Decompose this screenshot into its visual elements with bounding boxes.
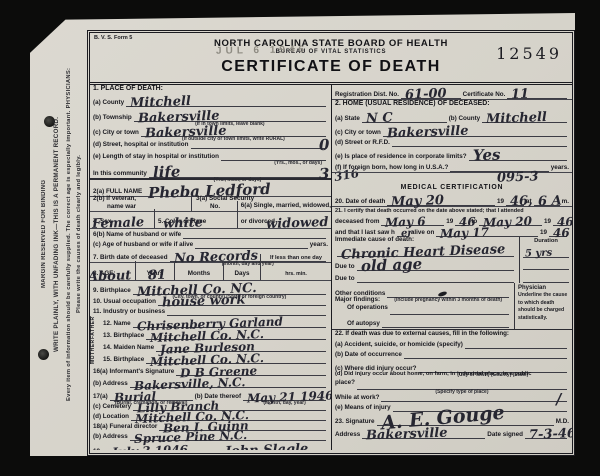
means-of-injury-label: (e) Means of injury (335, 404, 391, 412)
duration-line-1: 5 yrs (523, 245, 569, 258)
other-conditions-block: Other conditions (Include pregnancy with… (332, 283, 572, 329)
alive-on-label: alive on (411, 229, 434, 237)
registration-dist-label: Registration Dist. No. (335, 91, 399, 99)
mother-birthplace-label: 15. Birthplace (103, 356, 144, 364)
date-of-death-label: 20. Date of death (335, 198, 385, 206)
registrar-line: John SlagleRegistrar (219, 440, 324, 450)
physician-address-label: Address (335, 431, 360, 439)
mother-name-row: 14. Maiden Name Jane Burleson (100, 340, 331, 352)
place-of-death-heading-row: 1. PLACE OF DEATH: (90, 85, 331, 94)
serial-number: 12549 (496, 46, 562, 62)
age-less-sub: hrs. min. (285, 271, 307, 278)
certify-row: 21. I certify that death occurred on the… (332, 207, 572, 215)
due-to-1-row: Due to old age (332, 257, 519, 271)
registration-row: Registration Dist. No. 61-00 Certificate… (332, 85, 572, 100)
industry-row: 11. Industry or business (90, 306, 331, 316)
stay-row: (e) Length of stay in hospital or instit… (90, 149, 331, 161)
informant-row: 16(a) Informant's Signature D B Greene (90, 364, 331, 376)
physician-signature-row: 23. Signature A. E. Gouge M.D. (332, 412, 572, 426)
major-findings-label: Major findings: (335, 296, 511, 304)
residence-city-label: (c) City or town (335, 129, 381, 137)
informant-label: 16(a) Informant's Signature (93, 368, 174, 376)
autopsy-line (382, 317, 509, 328)
physician-signature-line: A. E. Gouge (377, 415, 554, 426)
age-months-label: Months (188, 270, 210, 278)
father-name-row: 12. Name Chrisenberry Garland (100, 316, 331, 328)
mother-name-line: Jane Burleson (156, 341, 326, 352)
industry-label: 11. Industry or business (93, 308, 165, 316)
printed-19-from: 19 (446, 218, 453, 226)
residence-county-line: Mitchell (482, 112, 567, 123)
printed-19-saw: 19 (540, 229, 547, 237)
form-number: B. V. S. Form 5 (94, 36, 132, 42)
due-to-2-row: Due to (332, 271, 519, 283)
father-birthplace-row: 13. Birthplace Mitchell Co. N.C. (100, 328, 331, 340)
m-label: m. (562, 198, 569, 206)
county-label: (a) County (93, 99, 124, 107)
cause-of-death-block: Immediate cause of death: Chronic Heart … (332, 237, 572, 283)
place-heading: 1. PLACE OF DEATH: (93, 85, 163, 94)
sex-cell: 4. Sex Female (90, 209, 154, 228)
margin-text-permanent-record: WRITE PLAINLY, WITH UNFADING INK—THIS IS… (53, 19, 60, 449)
disposition-label: 17(a) (93, 393, 108, 401)
cause-value-row: Chronic Heart Disease (332, 244, 519, 257)
certify-text: 21. I certify that death occurred on the… (335, 208, 524, 215)
corporate-limits-row: (e) Is place of residence in corporate l… (332, 147, 572, 161)
filed-number-label: 19. (93, 448, 102, 450)
autopsy-label: Of autopsy (335, 320, 380, 328)
md-label: M.D. (556, 418, 569, 426)
foreign-born-label: (f) If foreign born, how long in U.S.A.? (335, 164, 448, 172)
age-months-cell: Months (174, 261, 223, 280)
township-line: Bakersville(If in town limits, leave bla… (134, 111, 326, 122)
while-at-work-label: While at work? (335, 394, 379, 402)
county-line: Mitchell (126, 96, 326, 107)
street-label: (d) Street, hospital or institution (93, 141, 189, 149)
filed-date-value: July 3 1946 (112, 444, 188, 450)
cause-line: Chronic Heart Disease (337, 246, 514, 257)
date-of-death-row: 20. Date of death May 20 19 46, at 6 A m… (332, 193, 572, 207)
county-row: (a) County Mitchell (90, 94, 331, 107)
age-label-cell: 8. AGE: About (90, 261, 135, 280)
residence-state-label: (a) State (335, 115, 360, 123)
city-line: Bakersville(If outside city or town limi… (141, 126, 326, 137)
age-years-cell: Years 81 (135, 261, 174, 280)
mother-side-label: MOTHER (90, 340, 100, 364)
saw-year-value: 46 (553, 227, 570, 240)
residence-heading-row: 2. HOME (USUAL RESIDENCE) OF DECEASED: (332, 100, 572, 109)
spouse-age-suffix: years. (310, 241, 328, 249)
industry-line (167, 305, 326, 316)
due-to-1-line: old age (357, 260, 514, 271)
father-birthplace-label: 13. Birthplace (103, 332, 144, 340)
physician-note-box: Physician Underline the cause to which d… (514, 283, 572, 329)
external-d-row: (d) Did injury occur about home, on farm… (332, 373, 572, 390)
spouse-age-row: (c) Age of husband or wife if alive year… (90, 239, 331, 249)
residence-city-row: (c) City or town Bakersville (332, 123, 572, 137)
residence-state-line: N C (362, 112, 447, 123)
external-d-label2: place? (335, 379, 355, 390)
age-row: 8. AGE: About Years 81 Months Days If le… (90, 263, 331, 281)
external-b-row: (b) Date of occurrence (332, 349, 572, 359)
margin-text-binding: MARGIN RESERVED FOR BINDING (41, 19, 47, 449)
certificate-form: B. V. S. Form 5 NORTH CAROLINA STATE BOA… (87, 30, 575, 456)
father-side-label: FATHER (90, 316, 100, 340)
physician-note-text: Underline the cause to which death shoul… (518, 292, 570, 322)
physician-address-row: Address Bakersville Date signed 7-3-46 (332, 426, 572, 439)
to-year-line: 46 (553, 215, 567, 226)
township-label: (b) Township (93, 114, 132, 122)
physician-address-value: Bakersville (366, 427, 448, 443)
marital-cell: 6(a) Single, married, widowed, or divorc… (237, 201, 331, 228)
physician-note-title: Physician (518, 285, 570, 292)
street-row: (d) Street, hospital or institution 0 (90, 137, 331, 149)
medical-heading-row: MEDICAL CERTIFICATION (332, 184, 572, 193)
occupation-label: 10. Usual occupation (93, 298, 156, 306)
corporate-limits-label: (e) Is place of residence in corporate l… (335, 153, 467, 161)
external-b-line (404, 348, 567, 359)
margin-text-every-item: Every item of information should be care… (66, 19, 72, 449)
due-to-2-line (357, 272, 514, 283)
attended-from-row: deceased from May 6 19 46 to May 20 19 4… (332, 215, 572, 226)
residence-rfd-label: (d) Street or R.F.D. (335, 139, 390, 147)
duration-column: Duration 5 yrs (519, 237, 572, 283)
physician-address-line: Bakersville (362, 428, 485, 439)
township-row: (b) Township Bakersville(If in town limi… (90, 107, 331, 122)
duration-line-2 (523, 258, 569, 271)
due-to-2-label: Due to (335, 275, 355, 283)
cemetery-location-label: (d) Location (93, 413, 129, 421)
mother-name-label: 14. Maiden Name (103, 344, 154, 352)
printed-19: 19 (497, 198, 504, 206)
printed-19-to: 19 (544, 218, 551, 226)
received-date-stamp: JUL 6 1946 (216, 45, 308, 57)
registrar-signature: John Slagle (225, 443, 309, 450)
spouse-name-label: 6(b) Name of husband or wife (93, 231, 181, 239)
date-of-death-line: May 20 (387, 195, 495, 206)
spouse-age-line (195, 238, 308, 249)
mother-birthplace-row: 15. Birthplace Mitchell Co. N.C. (100, 352, 331, 364)
scanned-death-certificate: MARGIN RESERVED FOR BINDING WRITE PLAINL… (0, 0, 600, 476)
saw-year-line: 46 (549, 226, 567, 237)
stay-line: (Yrs., mos., or days) (221, 150, 326, 161)
death-time-line: 6 A (534, 195, 560, 206)
foreign-born-suffix: years. (551, 164, 569, 172)
father-name-label: 12. Name (103, 320, 131, 328)
street-line (191, 138, 327, 149)
form-header: B. V. S. Form 5 NORTH CAROLINA STATE BOA… (90, 33, 572, 82)
death-year-line: 46, (506, 195, 524, 206)
informant-line: D B Greene (176, 365, 326, 376)
certificate-paper: MARGIN RESERVED FOR BINDING WRITE PLAINL… (30, 13, 575, 456)
registration-dist-line: 61-00 (401, 88, 461, 99)
from-year-line: 46 (455, 215, 469, 226)
date-signed-value: 7-3-46 (529, 427, 572, 442)
external-d-label: (d) Did injury occur about home, on farm… (335, 371, 569, 379)
left-column: 1. PLACE OF DEATH: (a) County Mitchell (… (90, 85, 332, 450)
corporate-limits-line: Yes (469, 150, 567, 161)
date-signed-line: 7-3-46 (525, 428, 567, 439)
last-saw-line: May 17 (436, 226, 538, 237)
autopsy-row: Of autopsy (332, 315, 514, 328)
external-b-label: (b) Date of occurrence (335, 351, 402, 359)
attended-from-label: deceased from (335, 218, 379, 226)
right-column: 316 Registration Dist. No. 61-00 Certifi… (332, 85, 572, 450)
age-days-cell: Days (223, 261, 260, 280)
stay-label: (e) Length of stay in hospital or instit… (93, 153, 219, 161)
age-less-label: If less than one day (261, 255, 331, 262)
marital-label: 6(a) Single, married, widowed, (241, 202, 331, 210)
age-days-label: Days (234, 270, 249, 278)
informant-address-label: (b) Address (93, 380, 128, 388)
duration-line-3 (523, 270, 569, 283)
residence-county-label: (b) County (449, 115, 480, 123)
major-findings-row: Major findings: Of operations (332, 298, 514, 315)
medical-heading: MEDICAL CERTIFICATION (401, 184, 504, 193)
race-cell: 5. Color or Race white (154, 209, 237, 228)
community-value: life (153, 165, 181, 181)
residence-state-row: (a) State N C (b) County Mitchell (332, 109, 572, 123)
certificate-no-label: Certificate No. (463, 91, 506, 99)
certificate-no-line: 11 (507, 88, 567, 99)
city-row: (c) City or town Bakersville(If outside … (90, 122, 331, 137)
filed-row: 19. July 3 1946Filed John SlagleRegistra… (90, 441, 331, 450)
spouse-age-label: (c) Age of husband or wife if alive (93, 241, 193, 249)
father-name-line: Chrisenberry Garland (133, 317, 326, 328)
age-less-cell: If less than one day hrs. min. (260, 254, 331, 280)
cause-label: Immediate cause of death: (335, 236, 414, 244)
attended-from-line: May 6 (381, 215, 444, 226)
date-signed-label: Date signed (487, 431, 523, 439)
mother-block: MOTHER 14. Maiden Name Jane Burleson 15.… (90, 340, 331, 364)
community-row: In this community life(Yrs., mos., or da… (90, 161, 331, 180)
mother-birthplace-line: Mitchell Co. N.C. (146, 353, 326, 364)
veteran-label: 2(b) If veteran, (93, 195, 191, 203)
physician-signature-label: 23. Signature (335, 418, 375, 426)
filed-date-line: July 3 1946Filed (106, 440, 211, 450)
community-label: In this community (93, 170, 147, 178)
city-label: (c) City or town (93, 129, 139, 137)
code-row: 095-3 (332, 173, 572, 184)
informant-address-row: (b) Address Bakersville, N.C. (90, 376, 331, 388)
sex-race-marital-row: 4. Sex Female 5. Color or Race white 6(a… (90, 212, 331, 229)
operations-line (390, 304, 509, 315)
external-d-line: (Specify type of place) (357, 379, 567, 390)
cemetery-label: (c) Cemetery (93, 403, 131, 411)
father-block: FATHER 12. Name Chrisenberry Garland 13.… (90, 316, 331, 340)
residence-rfd-row: (d) Street or R.F.D. (332, 137, 572, 147)
informant-address-line: Bakersville, N.C. (130, 377, 326, 388)
residence-heading: 2. HOME (USUAL RESIDENCE) OF DECEASED: (335, 100, 490, 109)
birthplace-label: 9. Birthplace (93, 287, 131, 295)
father-birthplace-line: Mitchell Co. N.C. (146, 329, 326, 340)
stray-code-095: 095-3 (497, 170, 539, 184)
community-line: life(Yrs., mos., or days) (149, 167, 326, 178)
margin-text-please-write: Please write the causes of death clearly… (76, 19, 82, 449)
due-to-1-label: Due to (335, 263, 355, 271)
operations-label: Of operations (335, 304, 388, 315)
